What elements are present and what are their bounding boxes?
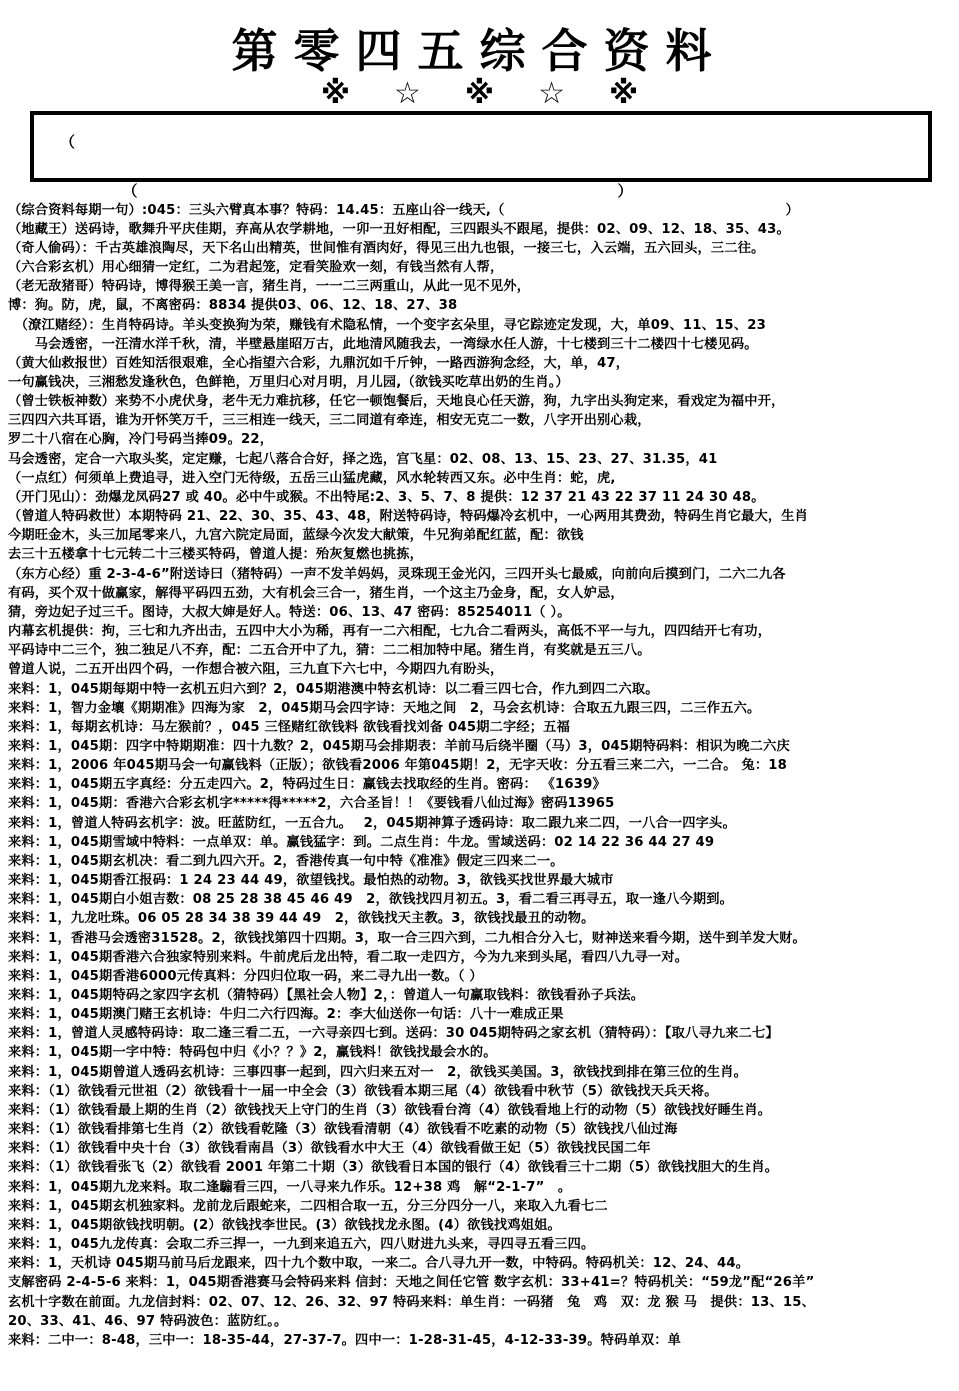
text-line: 来料：1，045期曾道人透码玄机诗：三事四事一起到，四六归来五对一 2，欲钱买美…: [8, 1063, 955, 1082]
text-line: （地藏王）送码诗，歌舞升平庆佳期，弃高从农学耕地，一卯一丑好相配，三四跟头不跟尾…: [8, 220, 955, 239]
text-line: （六合彩玄机）用心细猜一定红，二为君起笼，定看笑脸欢一刻，有钱当然有人帮，: [8, 258, 955, 277]
text-line: 马会透密，定合一六取头奖，定定赚，七起八落合合好，择之选，宫飞星：02、08、1…: [8, 450, 955, 469]
text-line: 来料：1，045期澳门赌王玄机诗：牛归二六行四海。2：李大仙送你一句话：八十一难…: [8, 1005, 955, 1024]
text-line: 来料：1，045期每期中特一玄机五归六到？2，045期港澳中特玄机诗：以二看三四…: [8, 680, 955, 699]
text-line: （曾士铁板神数）来势不小虎伏身，老牛无力难抗移，任它一顿饱餐后，天地良心任天游，…: [8, 392, 955, 411]
text-line: 去三十五楼拿十七元转二十三楼买特码，曾道人提：殆灰复燃也挑拣，: [8, 545, 955, 564]
star-divider-row: ※ ☆ ※ ☆ ※: [0, 77, 959, 111]
text-line: （潦江赌经）：生肖特码诗。羊头变换狗为荣，赚钱有术隐私情，一个变字玄朵里，寻它踪…: [8, 316, 955, 335]
text-line: 猜，旁边妃子过三千。图诗，大叔大婶是好人。特送：06、13、47 密码：8525…: [8, 603, 955, 622]
text-line: 罗二十八宿在心胸，冷门号码当捧09。22，: [8, 430, 955, 449]
text-line: 来料：（1）欲钱看排第七生肖（2）欲钱看乾隆（3）欲钱看清朝（4）欲钱看不吃素的…: [8, 1120, 955, 1139]
text-line: 博：狗。防，虎，鼠，不离密码：8834 提供03、06、12、18、27、38: [8, 296, 955, 315]
text-line: 马会透密，一汪清水洋千秋，清，半壁悬崖昭万古，此地清风随我去，一湾绿水任人游，十…: [8, 335, 955, 354]
text-line: 来料：1，每期玄机诗：马左猴前？，045 三怪赌红欲钱料 欲钱看找刘备 045期…: [8, 718, 955, 737]
text-line: 20、33、41、46、97 特码波色：蓝防红。。: [8, 1312, 955, 1331]
reference-mark-icon: ※: [609, 76, 638, 111]
text-line: 来料：1，045九龙传真：会取二乔三捍一，一九到来追五六，四八财进九头来，寻四寻…: [8, 1235, 955, 1254]
text-line: 来料：1，045期五字真经：分五走四六。2，特码过生日：赢钱去找取经的生肖。密码…: [8, 775, 955, 794]
text-line: 来料：1，2006 年045期马会一句赢钱料（正版）；欲钱看2006 年第045…: [8, 756, 955, 775]
text-line: 支解密码 2-4-5-6 来料：1，045期香港赛马会特码来料 信封：天地之间任…: [8, 1273, 955, 1292]
text-line: 三四四六共耳语，谁为开怀笑万千，三三相连一线天，三二同道有牵连，相安无克二一数，…: [8, 411, 955, 430]
text-line: 来料：1，045期：四字中特期期准：四十九数？2，045期马会排期表：羊前马后绕…: [8, 737, 955, 756]
text-line: 来料：（1）欲钱看中央十台（3）欲钱看南昌（3）欲钱看水中大王（4）欲钱看做王妃…: [8, 1139, 955, 1158]
text-line: 来料：二中一：8-48，三中一：18-35-44，27-37-7。四中一：1-2…: [8, 1331, 955, 1350]
text-line: 来料：1，045期玄机决：看二到九四六开。2，香港传真一句中特《准准》假定三四来…: [8, 852, 955, 871]
text-line: 来料：（1）欲钱看张飞（2）欲钱看 2001 年第二十期（3）欲钱看日本国的银行…: [8, 1158, 955, 1177]
text-line: 来料：1，045期白小姐吉数：08 25 28 38 45 46 49 2，欲钱…: [8, 890, 955, 909]
document-page: 第零四五综合资料 ※ ☆ ※ ☆ ※ （ （ ） （综合资料每期一句）:045：…: [0, 0, 959, 1391]
text-line: 来料：1，045期香港六合独家特别来料。牛前虎后龙出特，看二取一走四方，今为九来…: [8, 948, 955, 967]
text-line: 玄机十字数在前面。九龙信封料：02、07、12、26、32、97 特码来料：单生…: [8, 1293, 955, 1312]
text-line: 来料：1，045期玄机独家料。龙前龙后跟蛇来，二四相合取一五，分三分四分一八，来…: [8, 1197, 955, 1216]
reference-mark-icon: ※: [465, 76, 494, 111]
text-line: 来料：1，045期一字中特：特码包中归《小？？》2，赢钱料！欲钱找最会水的。: [8, 1043, 955, 1062]
text-line: （老无敌猪哥）特码诗，博得猴王美一言，猪生肖，一一二三两重山，从此一见不见外，: [8, 277, 955, 296]
star-outline-icon: ☆: [538, 76, 565, 111]
text-line: 来料：1，045期欲钱找明朝。(2）欲钱找李世民。(3）欲钱找龙永图。(4）欲钱…: [8, 1216, 955, 1235]
text-line: 一句赢钱决，三湘愁发逢秋色，色鲜艳，万里归心对月明，月儿园,（欲钱买吃草出奶的生…: [8, 373, 955, 392]
reference-mark-icon: ※: [321, 76, 350, 111]
text-line: 来料：1，曾道人灵感特码诗：取二逢三看二五，一六寻亲四七到。送码：30 045期…: [8, 1024, 955, 1043]
text-line: 来料：（1）欲钱看最上期的生肖（2）欲钱找天上守门的生肖（3）欲钱看台湾（4）欲…: [8, 1101, 955, 1120]
text-line: 来料：1，智力金壤《期期准》四海为家 2，045期马会四字诗：天地之间 2，马会…: [8, 699, 955, 718]
text-line: 内幕玄机提供：拘，三七和九齐出击，五四中大小为稀，再有一二六相配，七九合二看两头…: [8, 622, 955, 641]
text-line: 来料：1，香港马会透密31528。2，欲钱找第四十四期。3，取一合三四六到，二九…: [8, 929, 955, 948]
text-line: 来料：1，045期香港6000元传真料：分四归位取一码，来二寻九出一数。（ ）: [8, 967, 955, 986]
text-line: （奇人偷码）：千古英雄浪陶尽，天下名山出精英，世间惟有酒肉好，得见三出九也银，一…: [8, 239, 955, 258]
text-content: （综合资料每期一句）:045：三头六臂真本事？特码：14.45：五座山谷一线天,…: [0, 200, 959, 1350]
text-line: 来料：1，045期香江报码：1 24 23 44 49，欲望钱找。最怕热的动物。…: [8, 871, 955, 890]
text-line: 来料：1，045期雪域中特料：一点单双：单。赢钱猛字：到。二点生肖：牛龙。雪域送…: [8, 833, 955, 852]
text-line: 平码诗中二三个，独二独足八不弃，配：二五合开中了九，猜：二二相加特中尾。猪生肖，…: [8, 641, 955, 660]
text-line: 来料：1，045期：香港六合彩玄机字*****得*****2，六合圣旨！！《要钱…: [8, 794, 955, 813]
text-line: （一点红）何须单上费追寻，进入空门无待级，五岳三山猛虎藏，风水轮转西又东。必中生…: [8, 469, 955, 488]
text-line: （开门见山）：劲爆龙凤码27 或 40。必中牛或猴。不出特尾:2、3、5、7、8…: [8, 488, 955, 507]
text-line: 来料：1，曾道人特码玄机字：波。旺蓝防红，一五合九。 2，045期神算子透码诗：…: [8, 814, 955, 833]
text-line: 曾道人说，二五开出四个码，一作想合被六阻，三九直下六七中，今期四九有盼头，: [8, 660, 955, 679]
open-paren-mark: （: [60, 131, 75, 152]
page-title: 第零四五综合资料: [0, 26, 959, 77]
text-line: （综合资料每期一句）:045：三头六臂真本事？特码：14.45：五座山谷一线天,…: [8, 201, 955, 220]
paren-caption-line: （ ）: [70, 182, 959, 200]
star-outline-icon: ☆: [394, 76, 421, 111]
text-line: 来料：（1）欲钱看元世祖（2）欲钱看十一届一中全会（3）欲钱看本期三尾（4）欲钱…: [8, 1082, 955, 1101]
text-line: （黄大仙救报世）百姓知活很艰难，全心指望六合彩，九鼎沉如千斤钟，一路西游狗念经，…: [8, 354, 955, 373]
text-line: （东方心经）重 2-3-4-6”附送诗曰（猪特码）一声不发羊妈妈，灵珠现王金光闪…: [8, 565, 955, 584]
text-line: 来料：1，045期特码之家四字玄机（猜特码）【黑社会人物】2，：曾道人一句赢取钱…: [8, 986, 955, 1005]
text-line: （曾道人特码救世）本期特码 21、22、30、35、43、48，附送特码诗，特码…: [8, 507, 955, 526]
text-line: 来料：1，045期九龙来料。取二逢騸看三四，一八寻来九作乐。12+38 鸡 解“…: [8, 1178, 955, 1197]
text-line: 来料：1，九龙吐珠。06 05 28 34 38 39 44 49 2，欲钱找天…: [8, 909, 955, 928]
text-line: 有码，买个双十做赢家，解得平码四五劲，大有机会三合一，猪生肖，一个这主乃金身，配…: [8, 584, 955, 603]
empty-notice-box: （: [30, 111, 932, 182]
text-line: 今期旺金木，头三加尾零来八，九宫六院定局面，蓝绿今次发大献策，牛兄狗弟配红蓝，配…: [8, 526, 955, 545]
text-line: 来料：1，天机诗 045期马前马后龙跟来，四十九个数中取，一来二。合八寻九开一数…: [8, 1254, 955, 1273]
